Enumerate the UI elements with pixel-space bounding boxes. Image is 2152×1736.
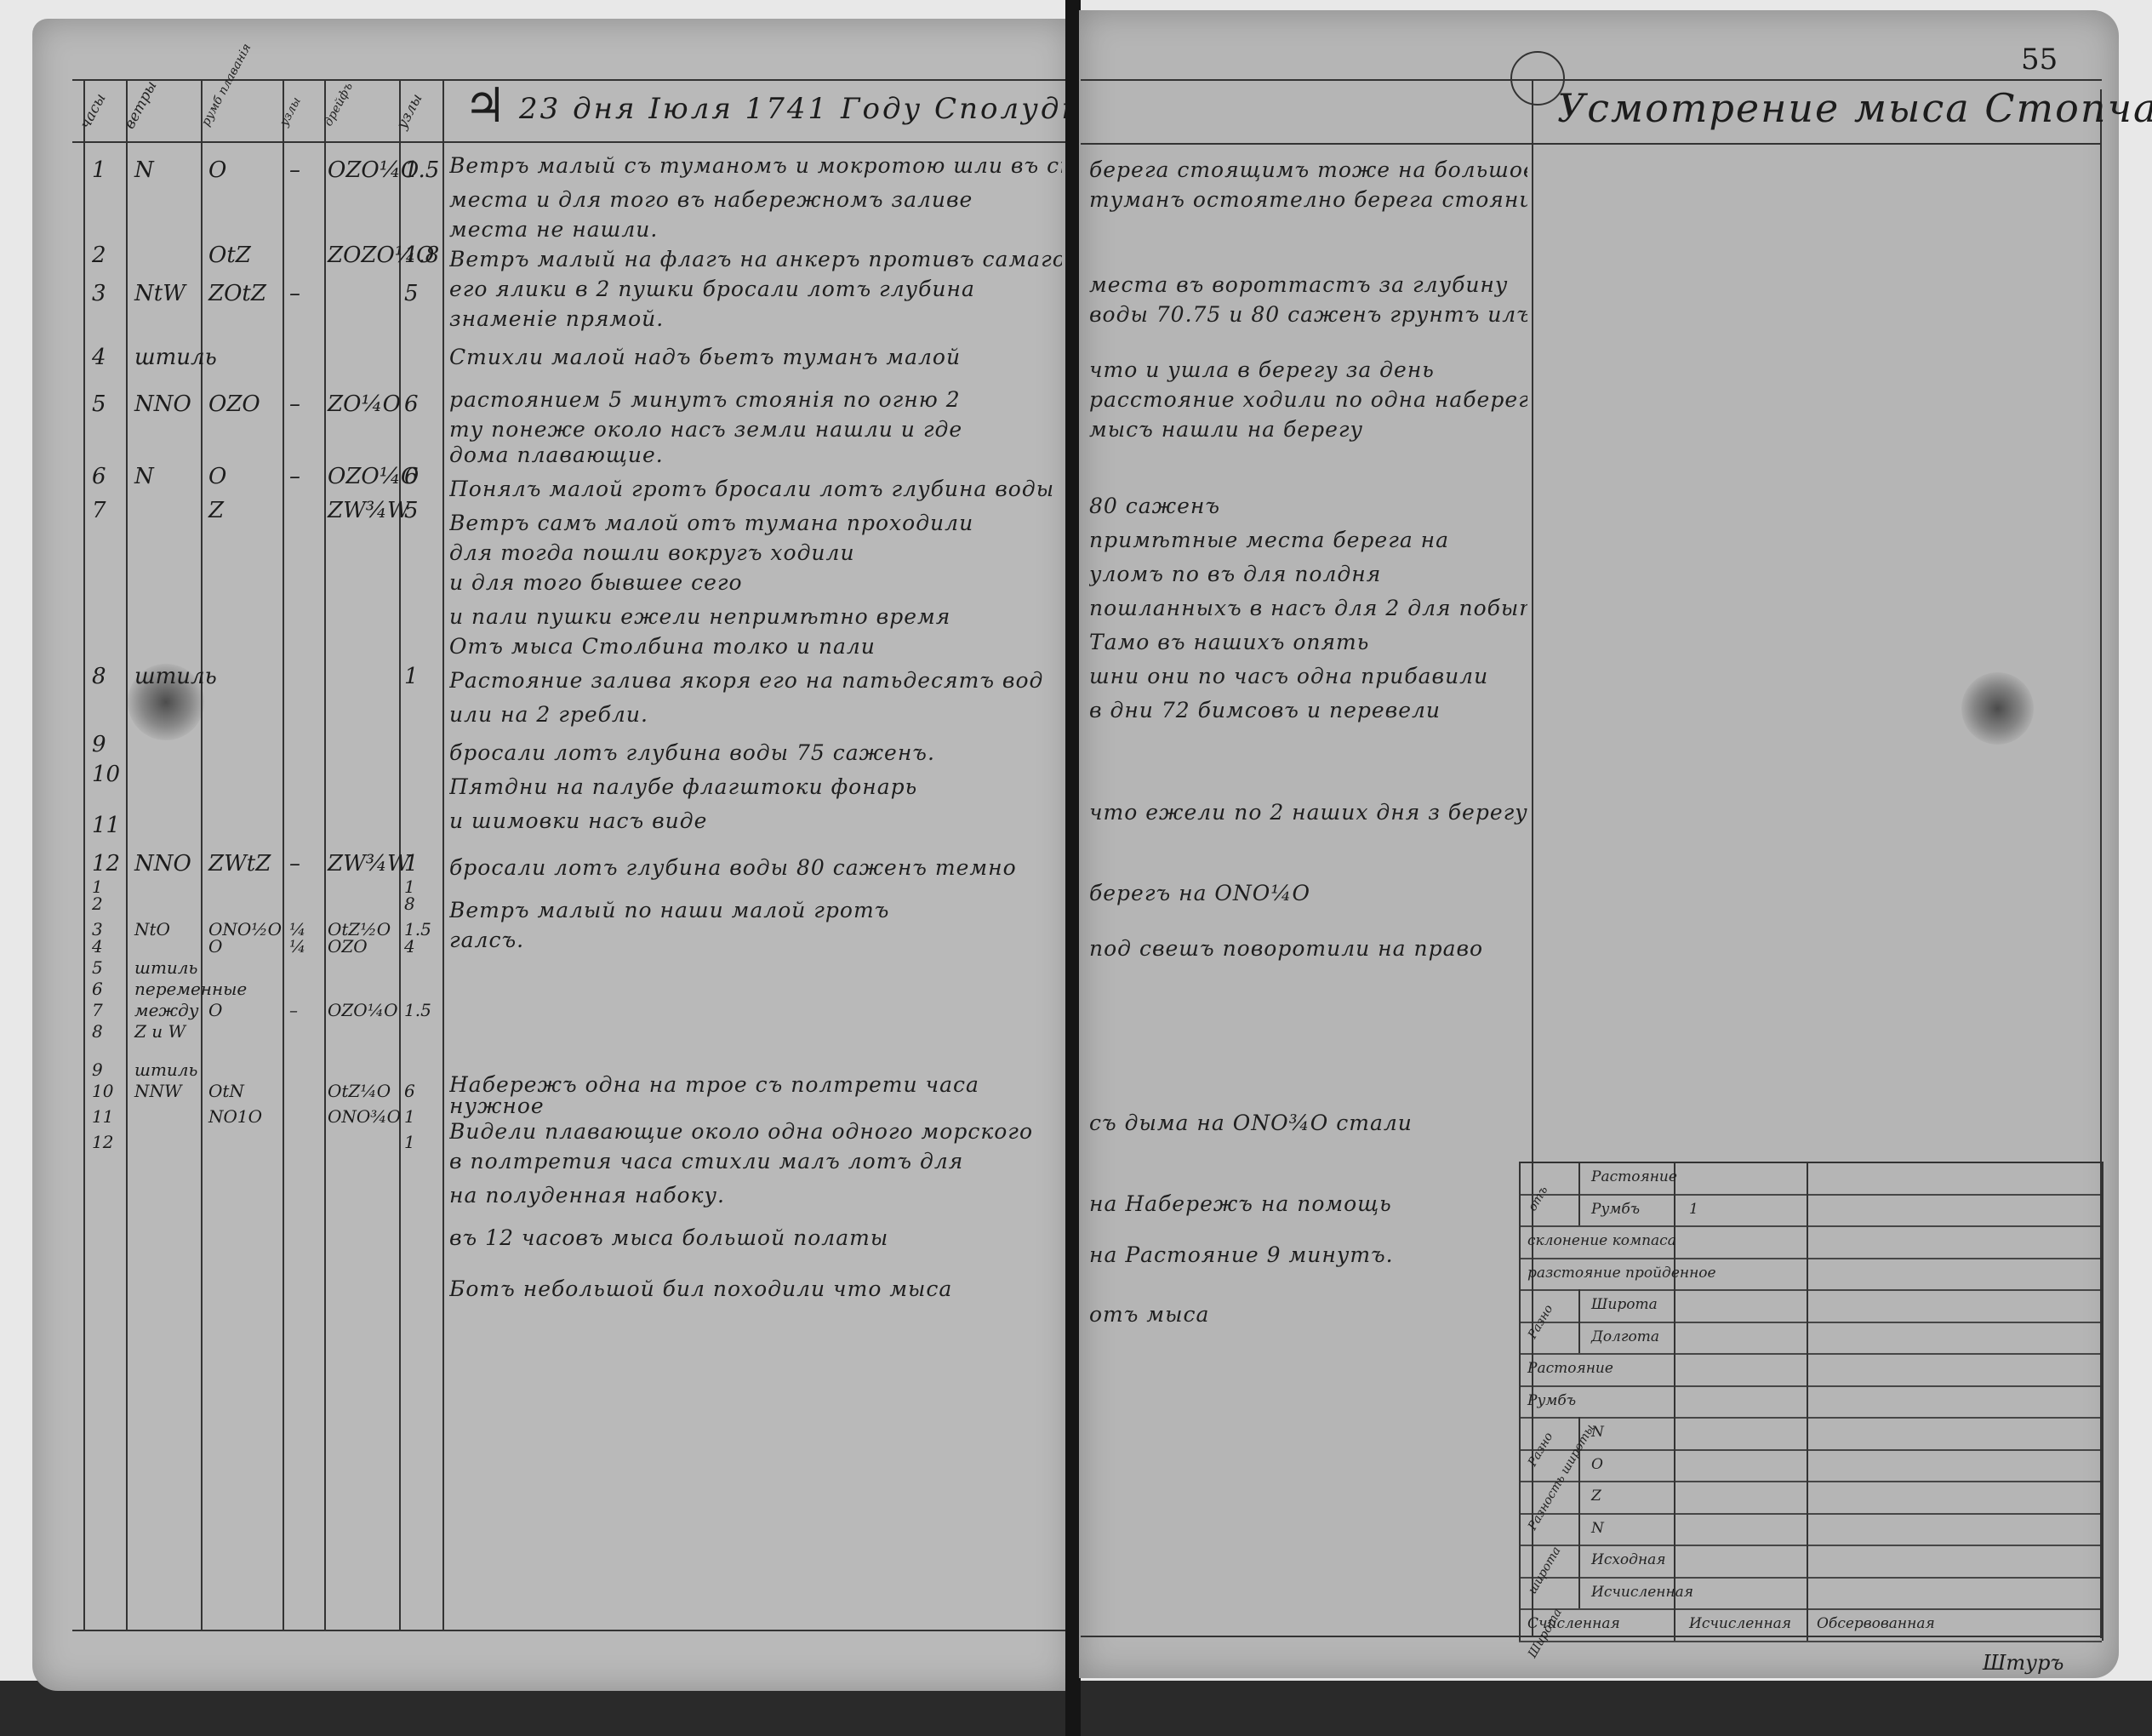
column-rule [83, 79, 85, 1631]
summary-rule [1519, 1513, 2102, 1515]
narrative-line: для тогда пошли вокругъ ходили [449, 540, 855, 565]
log-date-heading: 23 дня Іюля 1741 Году Сполудни. [519, 92, 1116, 126]
signature: Штуръ [1983, 1651, 2064, 1675]
cell-hour: 11 [92, 813, 120, 838]
cell-knots: 5 [404, 498, 419, 523]
summary-rule [1519, 1449, 2102, 1451]
narrative-line: дома плавающие. [449, 443, 664, 467]
cell-hour: 12 [92, 1132, 113, 1152]
cell-knots: 1 [404, 1106, 415, 1127]
narrative-line: на полуденная набоку. [449, 1183, 725, 1208]
cell-knots: 1.8 [404, 243, 439, 268]
cell-rhumb: OZO [328, 936, 368, 957]
table-bottom-rule [72, 1630, 1068, 1631]
narrative-line: расстояние ходили по одна наберегъ [1089, 387, 1527, 412]
summary-row-label: N [1591, 1520, 1604, 1537]
narrative-line: Ветръ малый на флагъ на анкеръ противъ с… [449, 247, 1062, 271]
cell-hour: 8 [92, 1021, 103, 1042]
cell-course: ZWtZ [208, 851, 271, 877]
summary-rule [1519, 1322, 2102, 1323]
cell-wind: штиль [134, 957, 197, 978]
cell-drift: ¼ [289, 936, 305, 957]
summary-row-label: склонение компаса [1527, 1232, 1676, 1249]
narrative-line: что и ушла в берегу за день [1089, 357, 1435, 382]
narrative-line: туманъ остоятелно берега стоянием [1089, 187, 1527, 212]
summary-rule [1519, 1481, 2102, 1482]
column-rule [442, 79, 444, 1631]
column-rule [126, 79, 128, 1631]
column-rule [283, 79, 284, 1631]
narrative-line: Ветръ самъ малой отъ тумана проходили [449, 511, 973, 535]
cell-wind: NNW [134, 1081, 182, 1101]
summary-column-rule [1578, 1162, 1580, 1225]
narrative-line: уломъ по въ для полдня [1089, 562, 1381, 586]
cell-hour: 11 [92, 1106, 113, 1127]
cell-wind: штиль [134, 1059, 197, 1080]
narrative-line: Отъ мыса Столбина толко и пали [449, 634, 876, 659]
summary-rule [1519, 1225, 2102, 1227]
title-top-rule [1081, 79, 2102, 81]
summary-row-label: Долгота [1591, 1328, 1659, 1345]
cell-hour: 12 [92, 851, 120, 877]
narrative-line: отъ мыса [1089, 1302, 1209, 1327]
cell-knots: 1 [404, 664, 419, 689]
cell-wind: NtO [134, 919, 170, 939]
narrative-line: в дни 72 бимсовъ и перевели [1089, 698, 1441, 722]
summary-row-label: Растояние [1591, 1168, 1677, 1185]
narrative-line: пошланныхъ в насъ для 2 для побыту [1089, 596, 1527, 620]
title-bottom-rule [1081, 143, 2102, 145]
column-rule [324, 79, 326, 1631]
cell-hour: 7 [92, 1000, 103, 1020]
cell-wind: NNO [134, 851, 191, 877]
narrative-line: Пятдни на палубе флагштоки фонарь [449, 774, 917, 799]
cell-hour: 4 [92, 345, 106, 370]
summary-column-rule [2102, 1162, 2103, 1641]
cell-knots: 6 [404, 464, 419, 489]
bottom-rule [1081, 1636, 2102, 1637]
narrative-line: Ботъ небольшой бил походили что мыса [449, 1276, 952, 1301]
cell-hour: 1 [92, 157, 106, 183]
narrative-line: воды 70.75 и 80 саженъ грунтъ илъ [1089, 302, 1527, 327]
cell-wind: штиль [134, 345, 217, 370]
cell-hour: 6 [92, 979, 103, 999]
summary-row-label: Z [1591, 1488, 1601, 1505]
narrative-line: Ветръ малый по наши малой гротъ [449, 898, 889, 922]
narrative-line: и для того бывшее сего [449, 570, 743, 595]
narrative-line: или на 2 гребли. [449, 702, 648, 727]
summary-row-label: O [1591, 1456, 1603, 1473]
ink-stain [1961, 672, 2034, 745]
summary-row-label: разстояние пройденное [1527, 1265, 1716, 1282]
cell-hour: 3 [92, 281, 106, 306]
page-title: Усмотрение мыса Стопчаго [1557, 85, 2152, 131]
narrative-line: Понялъ малой гротъ бросали лотъ глубина … [449, 477, 1054, 501]
cell-wind: между [134, 1000, 198, 1020]
narrative-line: знаменіе прямой. [449, 306, 664, 331]
narrative-line: в полтретия часа стихли малъ лотъ для [449, 1149, 963, 1174]
cell-drift: – [289, 1000, 298, 1020]
summary-cell: Обсервованная [1817, 1615, 1935, 1632]
narrative-line: Видели плавающие около одна одного морск… [449, 1119, 1033, 1144]
narrative-line: 80 саженъ [1089, 494, 1220, 518]
summary-cell: 1 [1689, 1201, 1698, 1218]
cell-course: OtZ [208, 243, 251, 268]
narrative-line: его ялики в 2 пушки бросали лотъ глубина [449, 277, 975, 301]
cell-course: ZOtZ [208, 281, 266, 306]
summary-rule [1519, 1289, 2102, 1291]
summary-rule [1519, 1162, 2102, 1163]
cell-course: O [208, 936, 222, 957]
cell-wind: N [134, 157, 154, 183]
column-rule [201, 79, 203, 1631]
summary-rule [1519, 1641, 2102, 1642]
narrative-line: места и для того въ набережномъ заливе [449, 187, 973, 212]
narrative-line: места не нашли. [449, 217, 658, 242]
cell-drift: – [289, 281, 300, 306]
summary-row-label: Исчисленная [1591, 1584, 1693, 1601]
summary-rule [1519, 1545, 2102, 1546]
narrative-line: берега стоящимъ тоже на большое [1089, 157, 1527, 182]
cell-drift: – [289, 391, 300, 417]
narrative-line: мысъ нашли на берегу [1089, 417, 1363, 442]
narrative-line: Ветръ малый съ туманомъ и мокротою шли в… [449, 153, 1062, 178]
jupiter-day-symbol: ♃ [464, 78, 506, 134]
narrative-line: примѣтные места берега на [1089, 528, 1449, 552]
narrative-line: растоянием 5 минутъ стоянія по огню 2 [449, 387, 961, 412]
cell-course: O [208, 1000, 222, 1020]
summary-row-label: Растояние [1527, 1360, 1613, 1377]
cell-hour: 10 [92, 762, 120, 787]
cell-wind: Z и W [134, 1021, 186, 1042]
narrative-line: на Растояние 9 минутъ. [1089, 1242, 1394, 1267]
cell-hour: 9 [92, 732, 106, 757]
cell-hour: 5 [92, 391, 106, 417]
cell-course: Z [208, 498, 224, 523]
cell-course: NO1O [208, 1106, 262, 1127]
narrative-line: съ дыма на ONO¾O стали [1089, 1111, 1413, 1135]
cell-hour: 2 [92, 894, 103, 914]
summary-rule [1519, 1194, 2102, 1196]
narrative-line: Стихли малой надъ бьетъ туманъ малой [449, 345, 961, 369]
summary-rule [1519, 1258, 2102, 1259]
page-number: 55 [2021, 43, 2058, 77]
summary-column-rule [1519, 1162, 1521, 1641]
cell-rhumb: ZW¾W [328, 498, 410, 523]
narrative-line: берегъ на ONO¼O [1089, 881, 1310, 905]
cell-course: OtN [208, 1081, 244, 1101]
cell-wind: NtW [134, 281, 186, 306]
summary-rule [1519, 1385, 2102, 1387]
narrative-line: нужное [449, 1094, 545, 1118]
cell-course: O [208, 464, 226, 489]
summary-row-label: Румбъ [1527, 1392, 1576, 1409]
narrative-line: на Набережъ на помощь [1089, 1191, 1392, 1216]
cell-course: O [208, 157, 226, 183]
summary-row-label: Исходная [1591, 1551, 1666, 1568]
cell-course: OZO [208, 391, 260, 417]
cell-knots: 5 [404, 281, 419, 306]
cell-wind: N [134, 464, 154, 489]
summary-rule [1519, 1417, 2102, 1419]
cell-drift: – [289, 464, 300, 489]
narrative-line: ту понеже около насъ земли нашли и где [449, 417, 962, 442]
cell-knots: 6 [404, 1081, 415, 1101]
cell-hour: 7 [92, 498, 106, 523]
narrative-line: места въ вороттастъ за глубину [1089, 272, 1508, 297]
narrative-line: и пали пушки ежели непримѣтно время [449, 604, 950, 629]
decorative-flourish-icon [1510, 51, 1565, 106]
summary-row-label: Широта [1591, 1296, 1658, 1313]
narrative-line: и шимовки насъ виде [449, 808, 707, 833]
narrative-line: въ 12 часовъ мыса большой полаты [449, 1225, 888, 1250]
header-bottom-rule [72, 141, 1068, 143]
cell-hour: 8 [92, 664, 106, 689]
cell-knots: 1.5 [404, 157, 439, 183]
cell-rhumb: OtZ¼O [328, 1081, 391, 1101]
cell-knots: 6 [404, 391, 419, 417]
narrative-line: шни они по часъ одна прибавили [1089, 664, 1488, 688]
summary-rule [1519, 1353, 2102, 1355]
cell-wind: NNO [134, 391, 191, 417]
cell-knots: 1.5 [404, 1000, 431, 1020]
cell-hour: 10 [92, 1081, 113, 1101]
cell-drift: – [289, 851, 300, 877]
narrative-line: под свешъ поворотили на право [1089, 936, 1483, 961]
cell-rhumb: ZW¾W [328, 851, 410, 877]
cell-hour: 4 [92, 936, 103, 957]
narrative-line: бросали лотъ глубина воды 80 саженъ темн… [449, 855, 1017, 880]
cell-hour: 2 [92, 243, 106, 268]
cell-wind: штиль [134, 664, 217, 689]
cell-drift: – [289, 157, 300, 183]
narrative-line: галсъ. [449, 928, 524, 952]
narrative-line: бросали лотъ глубина воды 75 саженъ. [449, 740, 935, 765]
cell-rhumb: ONO¾O [328, 1106, 401, 1127]
cell-knots: 1 [404, 1132, 415, 1152]
narrative-line: Тамо въ нашихъ опять [1089, 630, 1369, 654]
summary-column-rule [1578, 1289, 1580, 1353]
cell-hour: 5 [92, 957, 103, 978]
cell-hour: 6 [92, 464, 106, 489]
cell-knots: 4 [404, 936, 415, 957]
summary-cell: Исчисленная [1689, 1615, 1791, 1632]
cell-wind: переменные [134, 979, 247, 999]
summary-rule [1519, 1608, 2102, 1610]
cell-hour: 9 [92, 1059, 103, 1080]
cell-knots: 1 [404, 851, 419, 877]
narrative-line: Растояние залива якоря его на патьдесятъ… [449, 668, 1043, 693]
summary-rule [1519, 1577, 2102, 1579]
narrative-line: что ежели по 2 наших дня з берегу [1089, 800, 1527, 825]
cell-knots: 8 [404, 894, 415, 914]
cell-rhumb: OZO¼O [328, 1000, 397, 1020]
summary-row-label: Румбъ [1591, 1201, 1640, 1218]
summary-column-rule [1807, 1162, 1808, 1641]
cell-rhumb: ZO¼O [328, 391, 401, 417]
